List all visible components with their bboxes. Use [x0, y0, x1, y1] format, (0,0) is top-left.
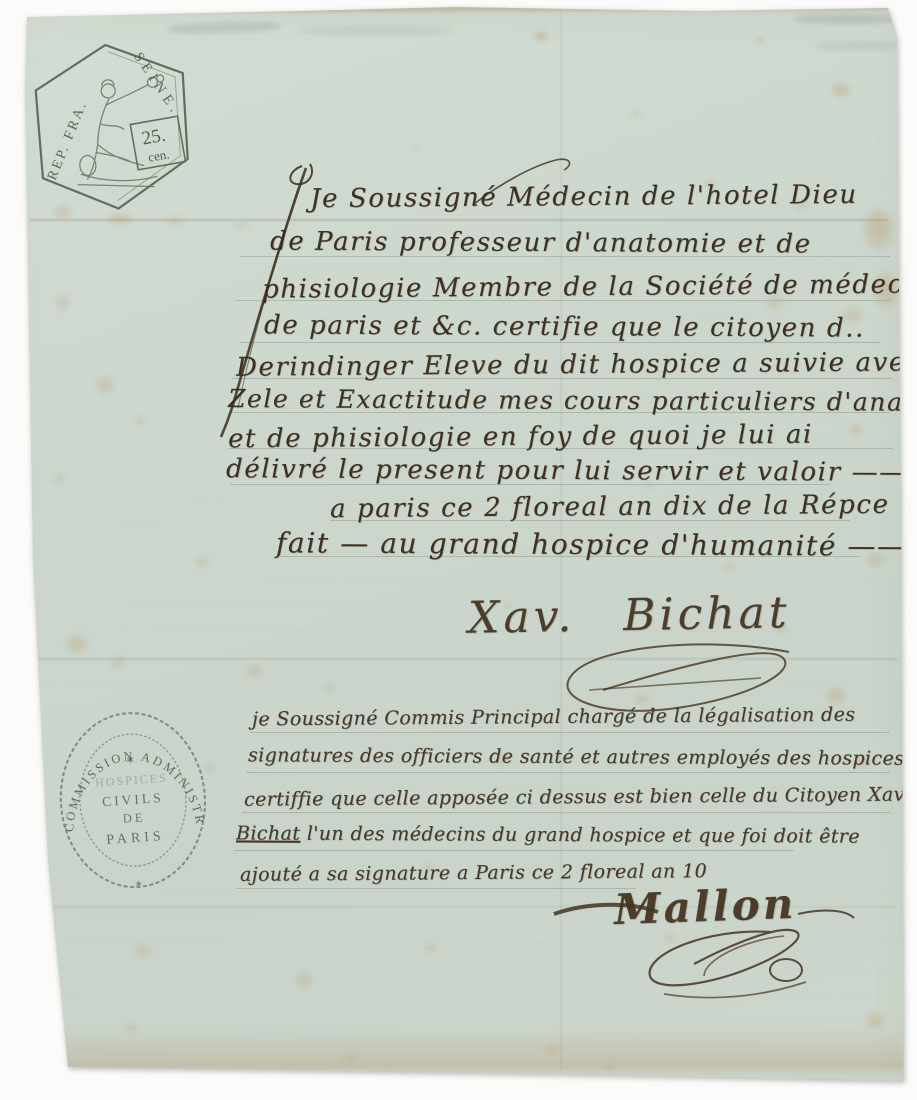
seal-center-line-de: DE	[122, 810, 146, 826]
foxing-spot	[750, 34, 768, 48]
mallon-flourish	[548, 888, 868, 1008]
manuscript-line: fait — au grand hospice d'humanité ——	[276, 526, 907, 562]
foxing-spot	[420, 940, 442, 956]
foxing-spot	[90, 370, 120, 400]
foxing-spot	[410, 142, 424, 152]
paper-shadow-wrap: REP. FRA. SEINE. 25. cen. Je Soussigné M…	[0, 0, 917, 1100]
stamp-left-text: REP. FRA.	[45, 99, 91, 183]
guide-line	[234, 850, 794, 851]
scanned-document: REP. FRA. SEINE. 25. cen. Je Soussigné M…	[0, 0, 917, 1100]
manuscript-line: Zele et Exactitude mes cours particulier…	[228, 384, 917, 417]
fold-crease-horizontal-1	[30, 219, 888, 221]
foxing-spot	[105, 652, 131, 672]
foxing-spot	[600, 1060, 618, 1072]
foxing-spot	[290, 968, 318, 992]
document-paper: REP. FRA. SEINE. 25. cen. Je Soussigné M…	[0, 0, 917, 1100]
foxing-spot	[540, 1040, 564, 1058]
foxing-spot	[52, 290, 74, 316]
foxing-spot	[845, 420, 867, 440]
foxing-spot	[240, 660, 268, 682]
revenue-stamp: REP. FRA. SEINE. 25. cen.	[19, 29, 219, 225]
stamp-value-cen: cen.	[147, 146, 171, 164]
guide-line	[242, 812, 890, 813]
seal-center-line-civils: CIVILS	[102, 790, 164, 809]
manuscript-line: de Paris professeur d'anatomie et de	[270, 227, 812, 260]
foxing-spot	[826, 78, 856, 102]
foxing-spot	[130, 412, 150, 430]
guide-line	[246, 772, 890, 773]
pencil-smudge	[796, 14, 900, 24]
foxing-spot	[860, 1008, 890, 1034]
line4-rest: l'un des médecins du grand hospice et qu…	[300, 823, 860, 848]
foxing-spot	[528, 26, 554, 46]
manuscript-line: Bichat l'un des médecins du grand hospic…	[236, 822, 860, 847]
manuscript-line: délivré le present pour lui servir et va…	[226, 454, 907, 488]
pencil-smudge	[816, 42, 902, 50]
manuscript-line: et de phisiologie en foy de quoi je lui …	[228, 420, 813, 455]
guide-line	[250, 732, 890, 733]
manuscript-line: de paris et &c. certifie que le citoyen …	[264, 310, 865, 343]
foxing-spot	[50, 470, 68, 488]
foxing-spot	[190, 552, 214, 572]
foxing-spot	[130, 940, 156, 962]
manuscript-line: Je Soussigné Médecin de l'hotel Dieu	[310, 180, 858, 214]
manuscript-line: ajouté a sa signature a Paris ce 2 flore…	[240, 860, 707, 886]
seal-center-star: ✶	[125, 753, 136, 768]
manuscript-line: a paris ce 2 floreal an dix de la Répce	[330, 490, 890, 524]
hexagon-outline	[30, 37, 196, 216]
manuscript-line: signatures des officiers de santé et aut…	[248, 744, 904, 769]
foxing-spot	[160, 214, 190, 228]
foxing-spot	[320, 680, 340, 696]
bottom-edge-discoloration	[58, 1028, 904, 1070]
foxing-spot	[628, 108, 644, 120]
bichat-name-underlined: Bichat	[236, 822, 300, 844]
bichat-signature: Xav. Bichat	[468, 587, 791, 644]
foxing-spot	[60, 630, 94, 658]
foxing-spot	[120, 1020, 142, 1036]
administrative-seal: COMMISSION ADMINISTRATIVE ✶ HOSPICES CIV…	[47, 701, 220, 904]
manuscript-line: phisiologie Membre de la Société de méde…	[262, 269, 917, 304]
stamp-value-25: 25.	[140, 125, 167, 150]
seal-center-line-paris: PARIS	[106, 829, 165, 848]
foxing-spot	[340, 1052, 360, 1066]
manuscript-line: Derindinger Eleve du dit hospice a suivi…	[236, 347, 917, 382]
seal-center-line-hospices: HOSPICES	[95, 771, 168, 790]
foxing-spot	[855, 198, 901, 260]
pencil-smudge	[300, 26, 450, 35]
foxing-spot	[720, 560, 740, 574]
seal-bottom-star: ✶	[134, 879, 144, 892]
